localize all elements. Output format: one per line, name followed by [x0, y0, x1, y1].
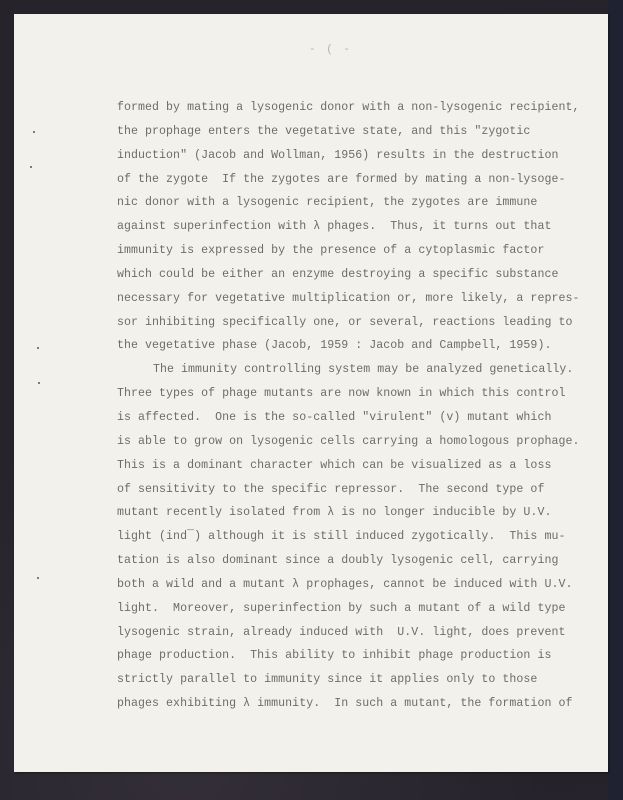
text-line: is able to grow on lysogenic cells carry…: [117, 430, 587, 454]
margin-mark: [37, 577, 39, 579]
text-line: formed by mating a lysogenic donor with …: [117, 96, 587, 120]
text-line: of sensitivity to the specific repressor…: [117, 478, 587, 502]
text-line: immunity is expressed by the presence of…: [117, 239, 587, 263]
text-line: induction" (Jacob and Wollman, 1956) res…: [117, 144, 587, 168]
text-line: sor inhibiting specifically one, or seve…: [117, 311, 587, 335]
text-line: light (ind¯) although it is still induce…: [117, 525, 587, 549]
paragraph-start-line: The immunity controlling system may be a…: [117, 358, 587, 382]
text-line: light. Moreover, superinfection by such …: [117, 597, 587, 621]
text-line: the vegetative phase (Jacob, 1959 : Jaco…: [117, 334, 587, 358]
page-number: - ( -: [309, 44, 352, 56]
text-line: is affected. One is the so-called "virul…: [117, 406, 587, 430]
margin-mark: [33, 131, 35, 133]
text-line: lysogenic strain, already induced with U…: [117, 621, 587, 645]
text-line: strictly parallel to immunity since it a…: [117, 668, 587, 692]
text-line: nic donor with a lysogenic recipient, th…: [117, 191, 587, 215]
text-line: both a wild and a mutant λ prophages, ca…: [117, 573, 587, 597]
text-line: phage production. This ability to inhibi…: [117, 644, 587, 668]
text-line: Three types of phage mutants are now kno…: [117, 382, 587, 406]
text-line: necessary for vegetative multiplication …: [117, 287, 587, 311]
margin-mark: [38, 382, 40, 384]
text-line: of the zygote If the zygotes are formed …: [117, 168, 587, 192]
text-line: which could be either an enzyme destroyi…: [117, 263, 587, 287]
text-line: This is a dominant character which can b…: [117, 454, 587, 478]
body-text: formed by mating a lysogenic donor with …: [117, 96, 587, 716]
text-line: tation is also dominant since a doubly l…: [117, 549, 587, 573]
scan-background-strip: [608, 0, 623, 800]
margin-mark: [37, 347, 39, 349]
margin-mark: [30, 166, 32, 168]
text-line: the prophage enters the vegetative state…: [117, 120, 587, 144]
text-line: phages exhibiting λ immunity. In such a …: [117, 692, 587, 716]
text-line: mutant recently isolated from λ is no lo…: [117, 501, 587, 525]
text-line: against superinfection with λ phages. Th…: [117, 215, 587, 239]
